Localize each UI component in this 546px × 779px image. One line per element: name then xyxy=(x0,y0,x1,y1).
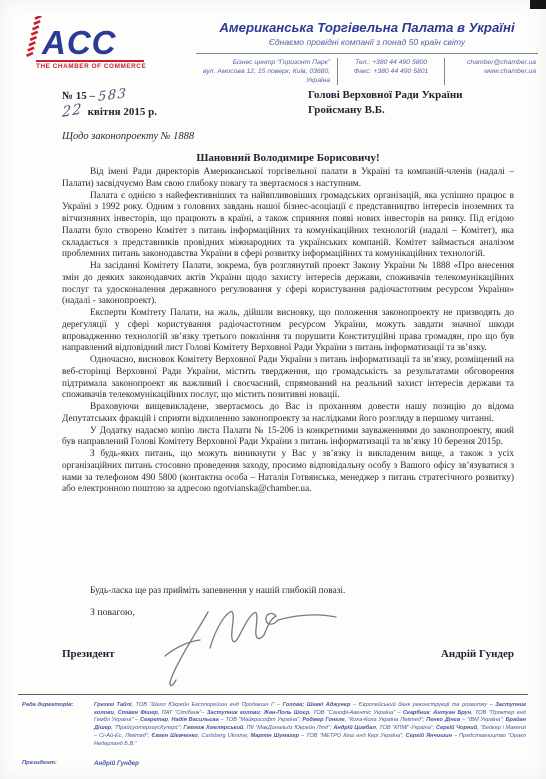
signature-icon xyxy=(148,596,343,694)
body-paragraph: Враховуючи вищевикладене, звертаємось до… xyxy=(62,402,514,426)
subject-line: Щодо законопроекту № 1888 xyxy=(62,131,194,142)
closing-line: Будь-ласка ще раз прийміть запевнення у … xyxy=(62,586,514,596)
signoff-row: Президент Андрій Гундер xyxy=(62,648,514,660)
president-name: Андрій Гундер xyxy=(94,760,139,767)
email-line: chamber@chamber.ua xyxy=(451,58,536,67)
board-label: Рада директорів: xyxy=(18,702,94,748)
letterhead: Американська Торгівельна Палата в Україн… xyxy=(196,20,538,85)
reference-block: № 15 – 583 22 квітня 2015 р. xyxy=(62,88,157,119)
body-paragraph: З будь-яких питань, що можуть виникнути … xyxy=(62,449,514,496)
logo-stripes-icon xyxy=(26,16,42,58)
addressee-line2: Гройсману В.Б. xyxy=(308,103,540,118)
address-line1: Бізнес центр “Горизонт Парк” xyxy=(196,58,330,67)
phone-line: Тел.: +380 44 490 5800 xyxy=(344,58,438,67)
scanned-letter-page: ACC THE CHAMBER OF COMMERCE Американська… xyxy=(0,0,546,779)
footer: Рада директорів: Грехем Тайлі, ТОВ “Шелл… xyxy=(18,694,528,767)
body-paragraph: Від імені Ради директорів Американської … xyxy=(62,167,514,191)
reference-number-prefix: № 15 – xyxy=(62,90,95,102)
date-rest: квітня 2015 р. xyxy=(88,106,157,118)
addressee-line1: Голові Верховної Ради України xyxy=(308,88,540,103)
signer-name: Андрій Гундер xyxy=(441,648,514,660)
contact-web: chamber@chamber.ua www.chamber.ua xyxy=(444,58,538,85)
website-line: www.chamber.ua xyxy=(451,67,536,76)
body-paragraphs: Від імені Ради директорів Американської … xyxy=(62,167,514,496)
president-label: Президент: xyxy=(18,760,94,767)
body-paragraph: У Додатку надаємо копію листа Палати № 1… xyxy=(62,426,514,450)
salutation: Шановний Володимире Борисовичу! xyxy=(62,152,514,164)
date-day-handwritten: 22 xyxy=(62,101,84,121)
org-tagline: Єднаємо провідні компанії з понад 50 кра… xyxy=(196,37,538,47)
logo-caption: THE CHAMBER OF COMMERCE xyxy=(36,63,144,70)
contact-phone: Тел.: +380 44 490 5800 Факс: +380 44 490… xyxy=(337,58,444,85)
scan-artifact-corner xyxy=(530,0,546,9)
body-paragraph: Експерти Комітету Палати, на жаль, дійшл… xyxy=(62,308,514,355)
reference-date: 22 квітня 2015 р. xyxy=(62,103,157,119)
body-paragraph: Одночасно, висновок Комітету Верховної Р… xyxy=(62,355,514,402)
org-name: Американська Торгівельна Палата в Україн… xyxy=(196,20,538,35)
contact-address: Бізнес центр “Горизонт Парк” вул. Амосов… xyxy=(196,58,337,85)
body-paragraph: На засіданні Комітету Палати, зокрема, б… xyxy=(62,261,514,308)
addressee-block: Голові Верховної Ради України Гройсману … xyxy=(308,88,540,118)
logo-acronym: ACC xyxy=(42,28,117,58)
acc-logo: ACC THE CHAMBER OF COMMERCE xyxy=(26,16,144,70)
reference-number: № 15 – 583 xyxy=(62,88,157,103)
board-list: Грехем Тайлі, ТОВ “Шелл Юкрейн Експлорей… xyxy=(94,702,528,748)
contact-bar: Бізнес центр “Горизонт Парк” вул. Амосов… xyxy=(196,58,538,85)
signer-title: Президент xyxy=(62,648,115,660)
president-row: Президент: Андрій Гундер xyxy=(18,760,528,767)
fax-line: Факс: +380 44 490 5801 xyxy=(344,67,438,76)
body-paragraph: Палата є однією з найефективніших та най… xyxy=(62,191,514,262)
address-line2: вул. Амосова 12, 15 поверх, Київ, 03680,… xyxy=(196,67,330,85)
board-row: Рада директорів: Грехем Тайлі, ТОВ “Шелл… xyxy=(18,702,528,748)
letterhead-divider xyxy=(196,53,538,54)
regards-line: З повагою, xyxy=(90,607,135,618)
